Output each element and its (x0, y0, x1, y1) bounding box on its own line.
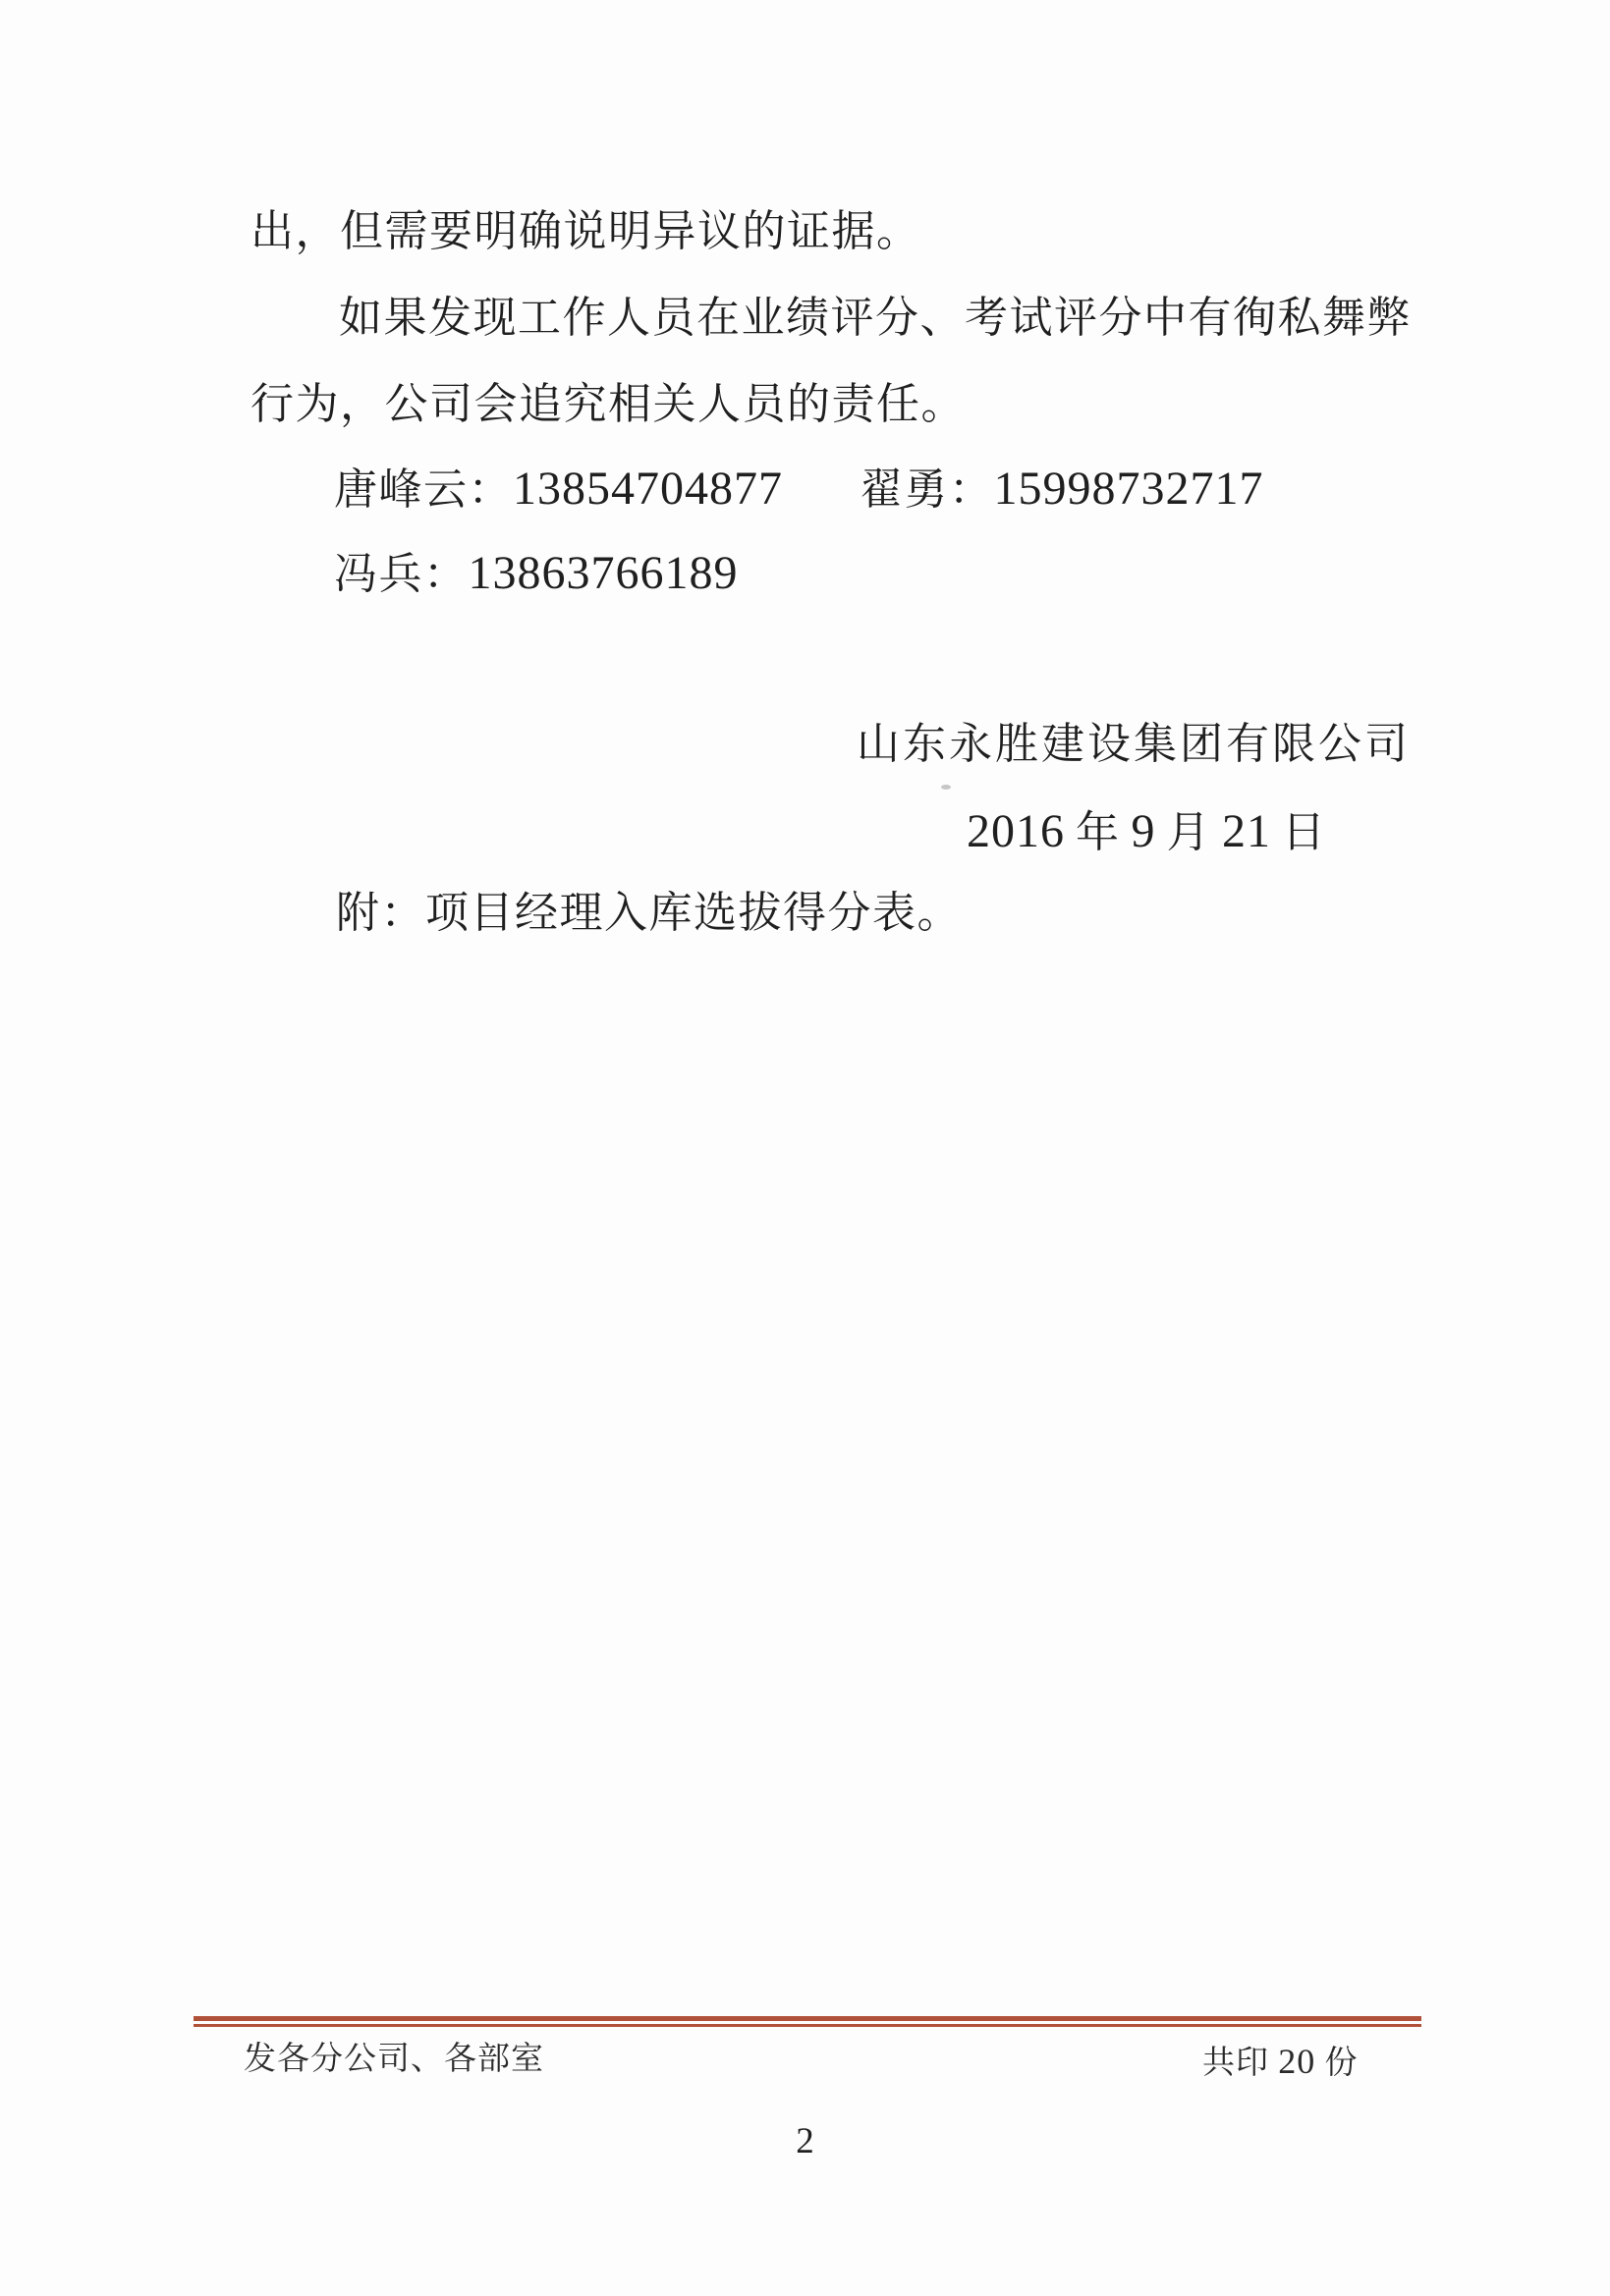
document-page: 出，但需要明确说明异议的证据。 如果发现工作人员在业绩评分、考试评分中有徇私舞弊… (0, 0, 1610, 2296)
date-day-label: 日 (1282, 808, 1327, 856)
footer-distribution: 发各分公司、各部室 (244, 2042, 544, 2077)
attachment-note: 附：项目经理入库选拔得分表。 (336, 890, 962, 937)
date-year-label: 年 (1076, 808, 1121, 856)
contact-entry-1: 唐峰云：13854704877 (334, 464, 783, 516)
contact-name-1: 唐峰云： (334, 465, 513, 514)
contact-phone-2: 15998732717 (994, 463, 1264, 515)
paragraph-2-line-1: 如果发现工作人员在业绩评分、考试评分中有徇私舞弊 (339, 295, 1412, 342)
footer-copies: 共印 20 份 (1202, 2043, 1359, 2082)
scan-speck (941, 785, 951, 790)
date-year: 2016 (967, 805, 1065, 857)
paragraph-1-line: 出，但需要明确说明异议的证据。 (250, 208, 921, 255)
signature-date: 2016年9月21日 (967, 806, 1338, 858)
footer-copies-suffix: 份 (1325, 2046, 1359, 2081)
page-number: 2 (0, 2122, 1610, 2162)
date-month-label: 月 (1167, 808, 1212, 856)
contact-entry-3: 冯兵：13863766189 (334, 548, 739, 600)
footer-copies-prefix: 共印 (1202, 2046, 1269, 2081)
footer-copies-count: 20 (1278, 2042, 1315, 2081)
paragraph-2-line-2: 行为，公司会追究相关人员的责任。 (250, 381, 966, 428)
footer-rule-bottom (194, 2024, 1421, 2027)
contact-name-2: 翟勇： (860, 465, 994, 514)
contact-name-3: 冯兵： (334, 550, 469, 598)
date-day: 21 (1222, 805, 1271, 857)
footer-rule-top (194, 2016, 1421, 2021)
contact-entry-2: 翟勇：15998732717 (860, 464, 1264, 516)
signature-company: 山东永胜建设集团有限公司 (857, 721, 1411, 768)
contact-phone-3: 13863766189 (469, 547, 739, 599)
date-month: 9 (1132, 805, 1156, 857)
contact-phone-1: 13854704877 (513, 463, 783, 515)
